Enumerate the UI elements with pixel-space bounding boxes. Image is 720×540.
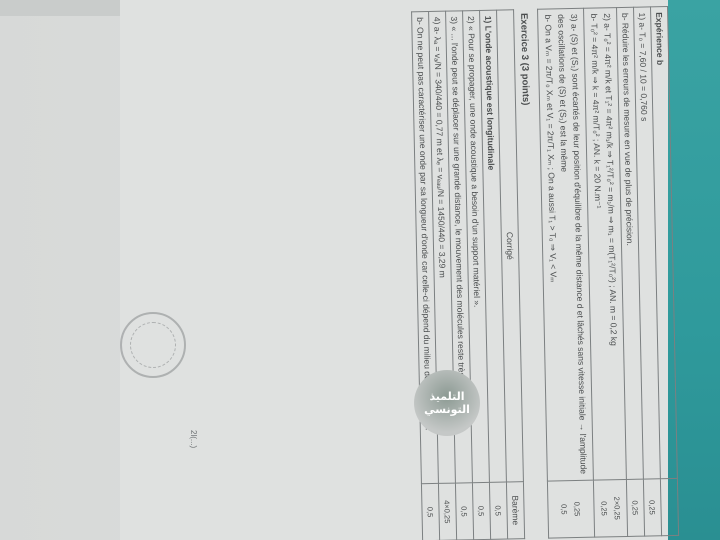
- exercise-3-table: Corrigé Barème 1) L'onde acoustique est …: [411, 9, 525, 540]
- points: 0,5: [489, 482, 507, 539]
- points: 0,5: [455, 483, 473, 540]
- watermark-line-1: التلميذ: [429, 390, 464, 403]
- points: 0,25: [597, 485, 611, 531]
- points: 0,25: [643, 479, 661, 536]
- header-bareme: Barème: [506, 482, 524, 539]
- watermark-logo: التلميذ التونسي: [414, 370, 480, 436]
- points: 0,5: [472, 482, 490, 539]
- points: 0,5: [558, 486, 572, 532]
- points: 0,25: [626, 479, 644, 536]
- experience-b-table: Expérience b 1) a- T₀ = 7,60 / 10 = 0,76…: [537, 6, 679, 539]
- watermark-line-2: التونسي: [424, 403, 470, 416]
- points: 4×0,25: [438, 483, 456, 540]
- official-stamp: [120, 312, 186, 378]
- points: 0,5: [421, 483, 439, 540]
- points: 0,25: [571, 486, 585, 532]
- correction-document: Expérience b 1) a- T₀ = 7,60 / 10 = 0,76…: [238, 6, 679, 540]
- signature: 2l(...): [188, 430, 198, 510]
- points: 2×0,25: [610, 485, 624, 531]
